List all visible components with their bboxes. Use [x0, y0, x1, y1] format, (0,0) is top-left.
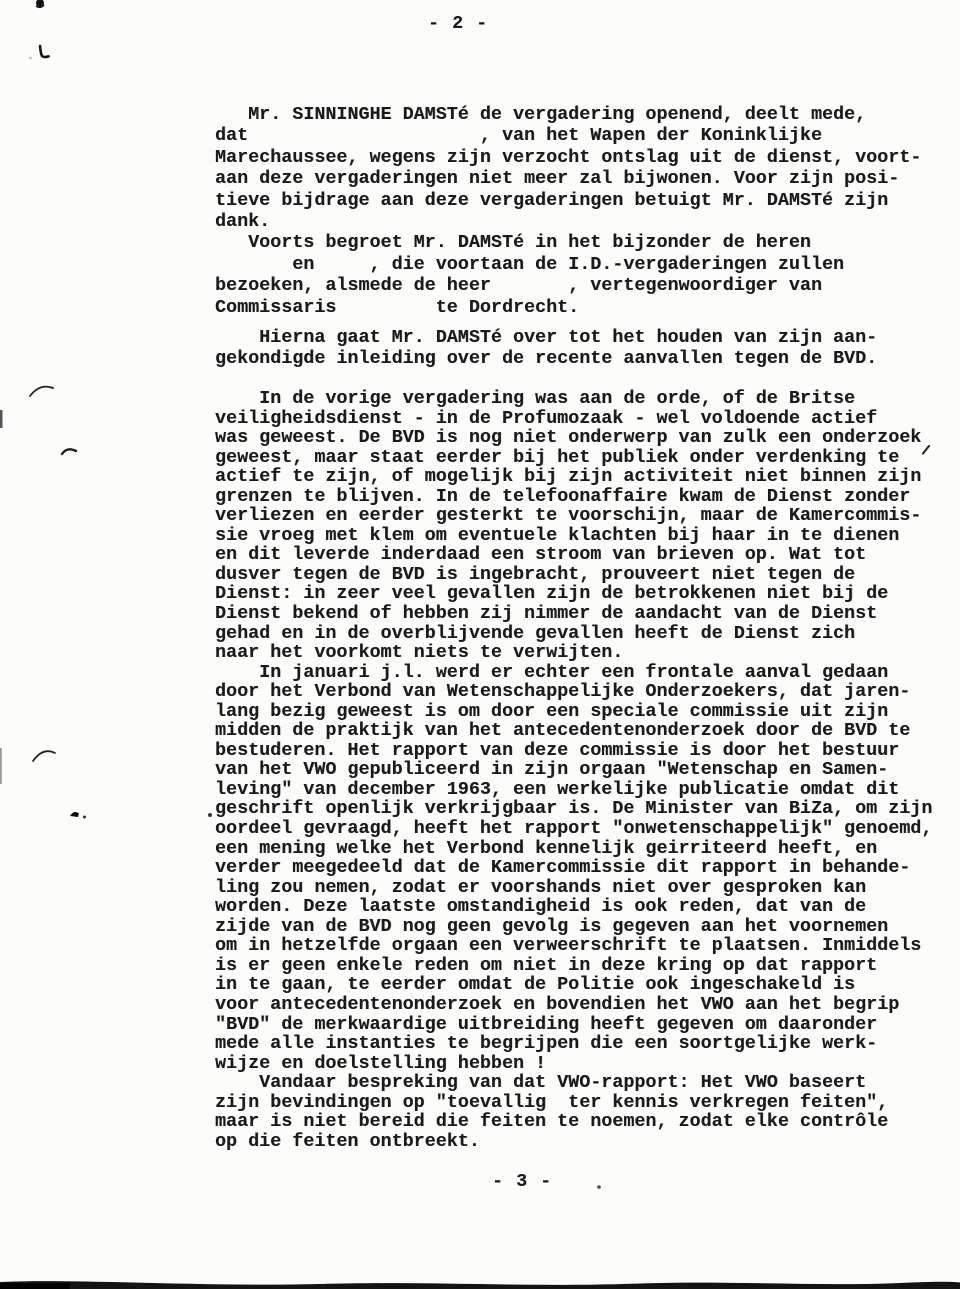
text-line: Voorts begroet Mr. DAMSTé in het bijzond…	[215, 232, 921, 253]
text-line: gekondigde inleiding over de recente aan…	[215, 348, 877, 369]
paragraph-block-lecture: In de vorige vergadering was aan de orde…	[215, 389, 932, 1151]
text-line: "BVD" de merkwaardige uitbreiding heeft …	[215, 1015, 932, 1035]
text-line: verliezen en eerder gesterkt te voorschi…	[215, 506, 932, 526]
page-number-bottom: - 3 -	[492, 1171, 552, 1192]
text-line: is er geen enkele reden om niet in deze …	[215, 956, 932, 976]
text-line: geweest, maar staat eerder bij het publi…	[215, 448, 932, 468]
scan-speck-bottom	[597, 1185, 601, 1189]
text-line: lang bezig geweest is om door een specia…	[215, 702, 932, 722]
text-line: dusver tegen de BVD is ingebracht, prouv…	[215, 565, 932, 585]
text-line: maar is niet bereid die feiten te noemen…	[215, 1112, 932, 1132]
scan-speck-top-left	[36, 0, 44, 7]
text-line: Commissaris te Dordrecht.	[215, 297, 921, 318]
text-line: bestuderen. Het rapport van deze commiss…	[215, 741, 932, 761]
text-line: In de vorige vergadering was aan de orde…	[215, 389, 932, 409]
text-line: worden. Deze laatste omstandigheid is oo…	[215, 897, 932, 917]
scan-mark-tilde	[62, 449, 76, 454]
paragraph-block-opening: Mr. SINNINGHE DAMSTé de vergadering open…	[215, 104, 921, 318]
text-line: bezoeken, alsmede de heer , vertegenwoor…	[215, 275, 921, 296]
text-line: dank.	[215, 211, 921, 232]
text-line: verder meegedeeld dat de Kamercommissie …	[215, 858, 932, 878]
paragraph-block-announcement: Hierna gaat Mr. DAMSTé over tot het houd…	[215, 327, 877, 369]
text-line: en dit leverde inderdaad een stroom van …	[215, 545, 932, 565]
text-line: Vandaar bespreking van dat VWO-rapport: …	[215, 1073, 932, 1093]
text-line: gehad en in de overblijvende gevallen he…	[215, 624, 932, 644]
text-line: door het Verbond van Wetenschappelijke O…	[215, 682, 932, 702]
text-line: naar het voorkomt niets te verwijten.	[215, 643, 932, 663]
text-line: grenzen te blijven. In de telefoonaffair…	[215, 487, 932, 507]
text-line: en , die voortaan de I.D.-vergaderingen …	[215, 254, 921, 275]
scan-mark-arc-upper	[30, 387, 53, 396]
text-line: ling zou nemen, zodat er voorshands niet…	[215, 878, 932, 898]
text-line: veiligheidsdienst - in de Profumozaak - …	[215, 409, 932, 429]
scan-edge-line	[0, 1281, 960, 1289]
text-line: Marechaussee, wegens zijn verzocht ontsl…	[215, 147, 921, 168]
text-line: Dienst: in zeer veel gevallen zijn de be…	[215, 584, 932, 604]
scan-mark-dash-dot	[70, 812, 212, 819]
text-line: mede alle instanties te begrijpen die ee…	[215, 1034, 932, 1054]
text-line: in te gaan, te eerder omdat de Politie o…	[215, 975, 932, 995]
text-line: aan deze vergaderingen niet meer zal bij…	[215, 168, 921, 189]
text-line: om in hetzelfde orgaan een verweerschrif…	[215, 936, 932, 956]
text-line: leving" van december 1963, een werkelijk…	[215, 780, 932, 800]
scan-mark-arc-lower	[33, 751, 55, 761]
text-line: sie vroeg met klem om eventuele klachten…	[215, 526, 932, 546]
text-line: midden de praktijk van het antecedenteno…	[215, 721, 932, 741]
text-line: van het VWO gepubliceerd in zijn orgaan …	[215, 760, 932, 780]
text-line: oordeel gevraagd, heeft het rapport "onw…	[215, 819, 932, 839]
text-line: zijn bevindingen op "toevallig ter kenni…	[215, 1093, 932, 1113]
text-line: Mr. SINNINGHE DAMSTé de vergadering open…	[215, 104, 921, 125]
scan-edge-sliver-lower	[0, 748, 2, 784]
text-line: voor antecedentenonderzoek en bovendien …	[215, 995, 932, 1015]
scan-mark-l-shape	[29, 46, 48, 59]
scan-edge-sliver-upper	[0, 410, 3, 428]
text-line: Hierna gaat Mr. DAMSTé over tot het houd…	[215, 327, 877, 348]
text-line: Dienst bekend of hebben zij nimmer de aa…	[215, 604, 932, 624]
text-line: zijde van de BVD nog geen gevolg is gege…	[215, 917, 932, 937]
page-number-top: - 2 -	[428, 13, 488, 34]
text-line: op die feiten ontbreekt.	[215, 1132, 932, 1152]
text-line: actief te zijn, of mogelijk bij zijn act…	[215, 467, 932, 487]
text-line: tieve bijdrage aan deze vergaderingen be…	[215, 190, 921, 211]
text-line: een mening welke het Verbond kennelijk g…	[215, 839, 932, 859]
text-line: wijze en doelstelling hebben !	[215, 1054, 932, 1074]
text-line: In januari j.l. werd er echter een front…	[215, 663, 932, 683]
text-line: geschrift openlijk verkrijgbaar is. De M…	[215, 799, 932, 819]
text-line: dat , van het Wapen der Koninklijke	[215, 125, 921, 146]
scanned-page: - 2 - Mr. SINNINGHE DAMSTé de vergaderin…	[0, 0, 960, 1289]
text-line: was geweest. De BVD is nog niet onderwer…	[215, 428, 932, 448]
